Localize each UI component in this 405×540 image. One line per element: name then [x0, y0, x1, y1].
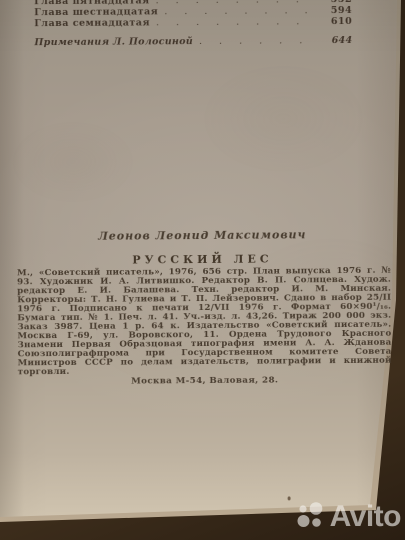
chapter-page-number: 594: [322, 5, 352, 16]
toc-row-notes: Примечания Л. Полосиной . . . . . . . . …: [34, 35, 352, 48]
imprint-text: М., «Советский писатель», 1976, 656 стр.…: [17, 267, 392, 378]
chapter-page-number: 610: [322, 16, 352, 27]
author-name: Леонов Леонид Максимович: [15, 228, 390, 244]
chapter-label: Глава шестнадцатая: [34, 6, 158, 18]
avito-wordmark: Avito: [330, 502, 401, 532]
book-title: РУССКИЙ ЛЕС: [15, 252, 390, 268]
imprint-address: Москва М-54, Валовая, 28.: [18, 376, 392, 388]
avito-watermark: Avito: [296, 502, 401, 532]
avito-dots-icon: [296, 502, 326, 532]
notes-page-number: 644: [322, 35, 352, 46]
dot-leader: . . . . . . . . . . . . . . . . . . . . …: [156, 16, 316, 28]
page-content: Глава пятнадцатая . . . . . . . . . . . …: [0, 0, 405, 540]
chapter-label: Глава семнадцатая: [34, 17, 150, 29]
page-speck: [288, 496, 291, 500]
imprint-block: М., «Советский писатель», 1976, 656 стр.…: [17, 267, 392, 388]
toc-row: Глава семнадцатая . . . . . . . . . . . …: [34, 16, 352, 29]
notes-label: Примечания Л. Полосиной: [34, 36, 193, 48]
table-of-contents: Глава пятнадцатая . . . . . . . . . . . …: [34, 0, 352, 48]
dot-leader: . . . . . . . . . . . . . . . . . . . . …: [199, 35, 316, 47]
book-photo: Глава пятнадцатая . . . . . . . . . . . …: [0, 0, 405, 540]
